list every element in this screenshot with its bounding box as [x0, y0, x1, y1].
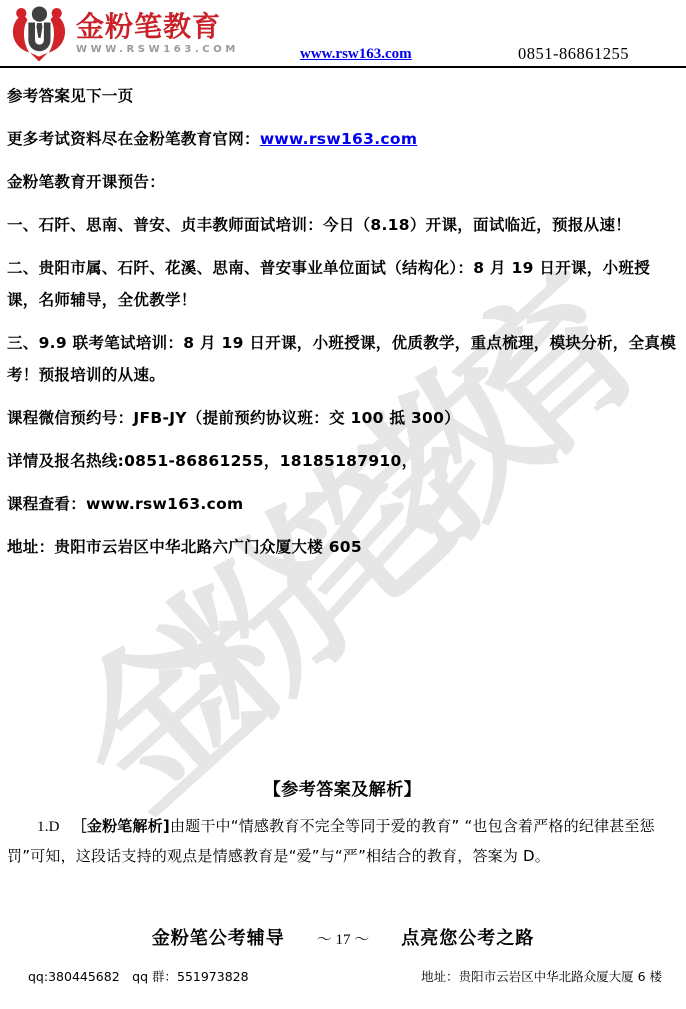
course-item-3: 三、9.9 联考笔试培训：8 月 19 日开课，小班授课，优质教学，重点梳理，模…: [7, 327, 678, 391]
page-number: ～ 17 ～: [317, 928, 370, 949]
document-page: 金粉笔教育 金粉笔教育 WWW.RSW163.COM www.rsw163.co…: [0, 0, 686, 1009]
wechat-booking-line: 课程微信预约号：JFB-JY（提前预约协议班：交 100 抵 300）: [7, 402, 678, 434]
footer-brand-text: 金粉笔公考辅导: [152, 924, 285, 950]
more-materials-line: 更多考试资料尽在金粉笔教育官网：www.rsw163.com: [7, 123, 678, 155]
footer-contact-row: qq:380445682 qq 群：551973828 地址：贵阳市云岩区中华北…: [0, 967, 686, 985]
footer-qq-info: qq:380445682 qq 群：551973828: [28, 967, 249, 985]
footer-slogan-text: 点亮您公考之路: [401, 924, 534, 950]
course-item-2: 二、贵阳市属、石阡、花溪、思南、普安事业单位面试（结构化）：8 月 19 日开课…: [7, 252, 678, 316]
header-phone-number: 0851-86861255: [518, 44, 629, 64]
answer-analysis-tag: ［金粉笔解析]: [72, 817, 170, 835]
official-site-link[interactable]: www.rsw163.com: [260, 130, 417, 148]
brand-site-url: WWW.RSW163.COM: [76, 44, 239, 55]
brand-logo-text: 金粉笔教育 WWW.RSW163.COM: [76, 4, 239, 55]
page-header: 金粉笔教育 WWW.RSW163.COM www.rsw163.com 0851…: [0, 0, 686, 68]
note-see-next-page: 参考答案见下一页: [7, 80, 678, 112]
answer-item-1: 1.D［金粉笔解析]由题干中“情感教育不完全等同于爱的教育” “也包含着严格的纪…: [7, 812, 678, 871]
brand-logo: 金粉笔教育 WWW.RSW163.COM: [8, 4, 239, 64]
course-notice-title: 金粉笔教育开课预告：: [7, 166, 678, 198]
document-body: 参考答案见下一页 更多考试资料尽在金粉笔教育官网：www.rsw163.com …: [0, 68, 686, 871]
answers-section-heading: 【参考答案及解析】: [7, 775, 678, 800]
footer-slogan-row: 金粉笔公考辅导 ～ 17 ～ 点亮您公考之路: [0, 924, 686, 950]
course-lookup-line: 课程查看：www.rsw163.com: [7, 488, 678, 520]
address-line: 地址：贵阳市云岩区中华北路六广门众厦大楼 605: [7, 531, 678, 563]
course-item-1: 一、石阡、思南、普安、贞丰教师面试培训：今日（8.18）开课，面试临近，预报从速…: [7, 209, 678, 241]
brand-name: 金粉笔教育: [76, 12, 239, 42]
hotline-line: 详情及报名热线:0851-86861255，18185187910，: [7, 445, 678, 477]
footer-address: 地址：贵阳市云岩区中华北路众厦大厦 6 楼: [421, 967, 662, 985]
brand-logo-icon: [8, 4, 70, 64]
more-materials-text: 更多考试资料尽在金粉笔教育官网：: [7, 130, 260, 148]
answer-number: 1.D: [37, 819, 60, 835]
header-website-link[interactable]: www.rsw163.com: [300, 46, 412, 63]
